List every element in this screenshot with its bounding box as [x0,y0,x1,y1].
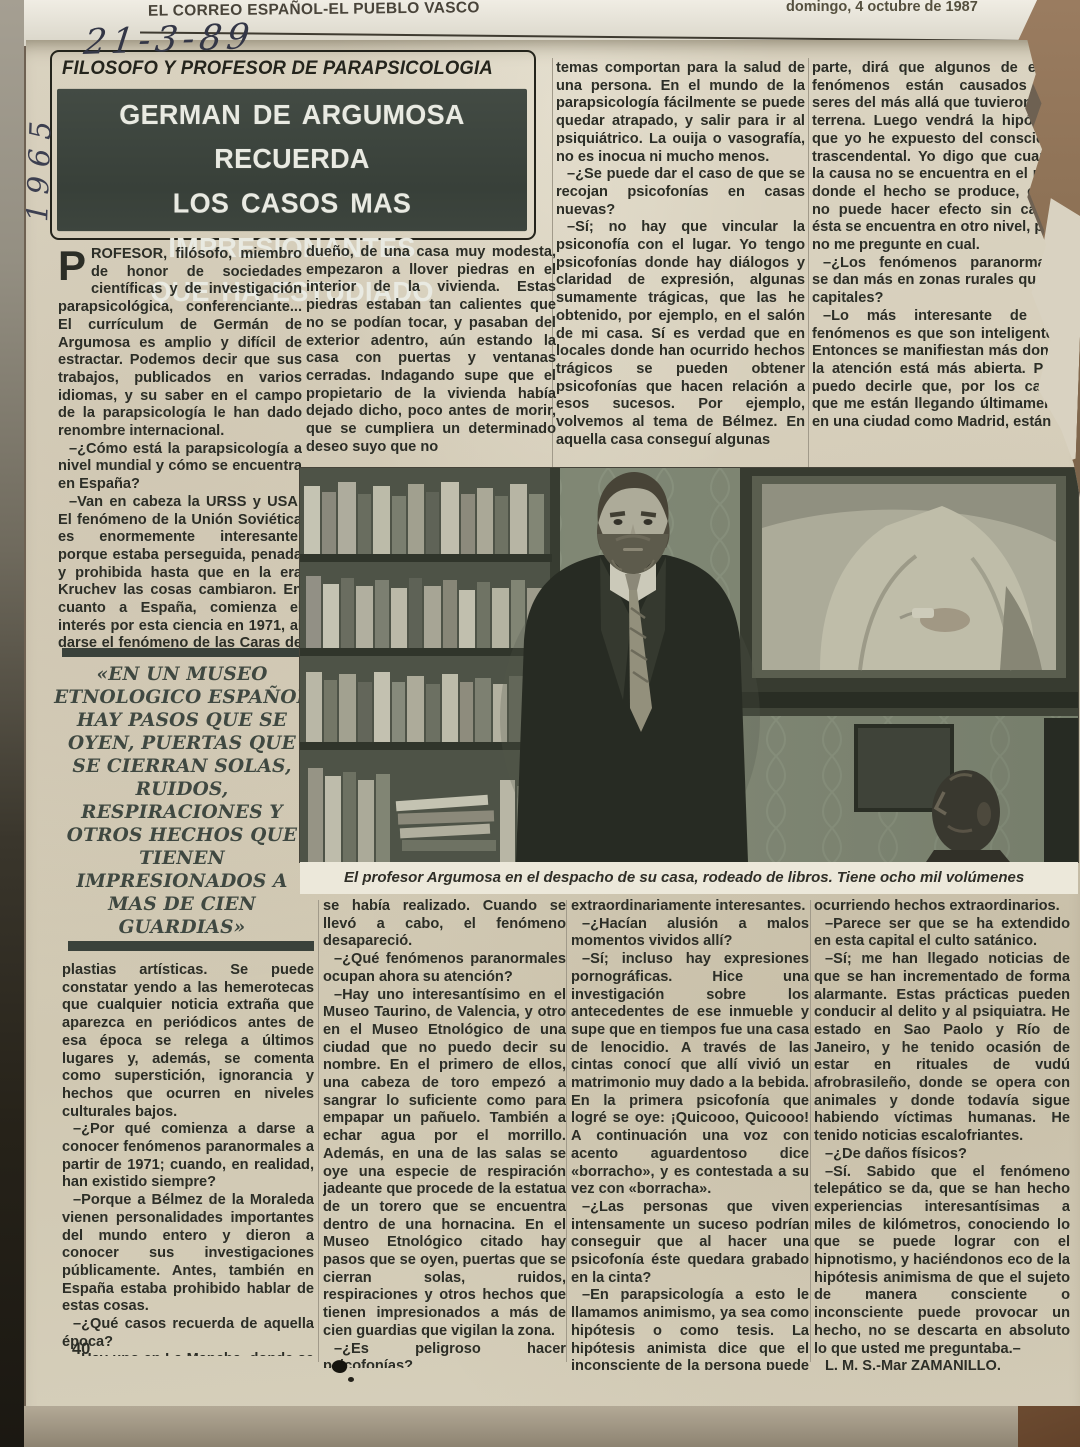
article-paragraph: se había realizado. Cuando se llevó a ca… [323,898,566,951]
article-paragraph: L. M. S.-Mar ZAMANILLO. [814,1358,1070,1374]
photo-caption: El profesor Argumosa en el despacho de s… [300,862,1078,894]
pull-quote-bottom-rule [68,941,314,951]
article-paragraph: –Lo más interesante de los fenómenos es … [812,308,1066,432]
article-paragraph: –Hay uno interesantísimo en el Museo Tau… [323,987,566,1341]
article-paragraph: –Sí. Sabido que el fenómeno telepático s… [814,1164,1070,1359]
article-paragraph: –Sí; me han llegado noticias de que se h… [814,951,1070,1146]
page-number: 40 [72,1340,90,1359]
bottom-col1: plastias artísticas. Se puede constatar … [62,962,314,1356]
scan-background-bottom [0,1406,1080,1447]
article-paragraph: plastias artísticas. Se puede constatar … [62,962,314,1121]
article-paragraph: –¿Qué fenómenos paranormales ocupan ahor… [323,951,566,986]
article-paragraph: –¿Los fenómenos paranormales se dan más … [812,255,1066,308]
column-rule [566,900,567,1362]
article-paragraph: –¿De daños físicos? [814,1146,1070,1164]
newspaper-scan: EL CORREO ESPAÑOL-EL PUEBLO VASCO doming… [0,0,1080,1447]
newspaper-clipping: FILOSOFO Y PROFESOR DE PARAPSICOLOGIA GE… [26,40,1080,1406]
article-paragraph: –¿Es peligroso hacer psicofonías? [323,1341,566,1368]
handwritten-margin-year: 1965 [19,91,58,242]
article-paragraph: –Van en cabeza la URSS y USA. El fenómen… [58,494,302,650]
handwritten-date: 21-3-89 [82,17,257,63]
article-paragraph: –En parapsicología a esto le llamamos an… [571,1287,809,1370]
column-rule [318,900,319,1362]
bottom-col3: extraordinariamente interesantes.–¿Hacía… [571,898,809,1370]
article-paragraph: dueño, de una casa muy modesta, empezaro… [306,244,556,456]
article-paragraph: –¿Las personas que viven intensamente un… [571,1199,809,1288]
column-rule [808,58,809,474]
article-paragraph: extraordinariamente interesantes. [571,898,809,916]
article-paragraph: –¿Qué casos recuerda de aquella época? [62,1316,314,1351]
article-paragraph: –¿Cómo está la parapsicología a nivel mu… [58,441,302,494]
column-rule [810,900,811,1362]
article-paragraph: ocurriendo hechos extraordinarios. [814,898,1070,916]
article-paragraph: –¿Por qué comienza a darse a conocer fen… [62,1121,314,1192]
article-paragraph: –Hay uno en La Mancha, donde se produjer… [62,1351,314,1356]
headline-line-1: GERMAN DE ARGUMOSA RECUERDA [57,93,527,182]
article-paragraph: –Sí; incluso hay expresiones pornográfic… [571,951,809,1199]
bottom-col2: se había realizado. Cuando se llevó a ca… [323,898,566,1368]
top-col1: PROFESOR, filósofo, miembro de honor de … [58,246,302,650]
masthead-newspaper-name: EL CORREO ESPAÑOL-EL PUEBLO VASCO [148,0,480,21]
pull-quote-top-rule [62,648,304,657]
ink-blot-small [348,1377,354,1382]
article-paragraph: PROFESOR, filósofo, miembro de honor de … [58,246,302,441]
top-col2: dueño, de una casa muy modesta, empezaro… [306,244,556,472]
article-paragraph: –Porque a Bélmez de la Moraleda vienen p… [62,1192,314,1316]
article-paragraph: parte, dirá que algunos de estos fenómen… [812,60,1066,255]
article-paragraph: temas comportan para la salud de una per… [556,60,805,166]
masthead-date: domingo, 4 octubre de 1987 [786,0,978,15]
top-col4: parte, dirá que algunos de estos fenómen… [812,60,1066,474]
headline: GERMAN DE ARGUMOSA RECUERDA LOS CASOS MA… [57,89,527,231]
article-photo [300,468,1078,862]
top-col3: temas comportan para la salud de una per… [556,60,805,476]
bottom-col4: ocurriendo hechos extraordinarios.–Parec… [814,898,1070,1374]
article-paragraph: –¿Se puede dar el caso de que se recojan… [556,166,805,219]
pull-quote: «EN UN MUSEO ETNOLOGICO ESPAÑOL HAY PASO… [54,663,310,939]
article-paragraph: –Sí; no hay que vincular la psiconofía c… [556,219,805,449]
article-paragraph: –Parece ser que se ha extendido en esta … [814,916,1070,951]
article-paragraph: –¿Hacían alusión a malos momentos vivido… [571,916,809,951]
office-photo-illustration [300,468,1078,862]
